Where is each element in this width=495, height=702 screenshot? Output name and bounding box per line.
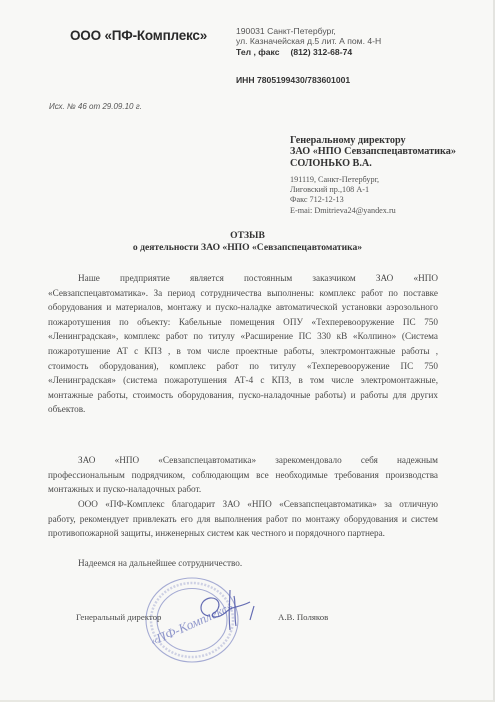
paragraph-4: Надеемся на дальнейшее сотрудничество. xyxy=(48,556,438,571)
document-title: ОТЗЫВ о деятельности ЗАО «НПО «Севзапспе… xyxy=(0,230,495,254)
recipient-email: E-mai: Dmitrieva24@yandex.ru xyxy=(290,206,396,216)
paragraph-line: противопожарной защиты, инженерных систе… xyxy=(48,526,438,541)
paragraph-1: Наше предприятие является постоянным зак… xyxy=(48,271,438,417)
sender-address-line1: 190031 Санкт-Петербург, xyxy=(236,26,381,36)
paragraph-line: оборудования и материалов, монтажу и пус… xyxy=(48,300,438,315)
recipient-block: Генеральному директору ЗАО «НПО Севзапсп… xyxy=(290,135,456,169)
recipient-organization: ЗАО «НПО Севзапспецавтоматика» xyxy=(290,146,456,157)
paragraph-line: пожаротушение АТ с КПЗ , в том числе про… xyxy=(48,344,438,359)
sender-address: 190031 Санкт-Петербург, ул. Казначейская… xyxy=(236,26,381,57)
paragraph-line: Надеемся на дальнейшее сотрудничество. xyxy=(48,556,438,571)
paragraph-line: профессиональным подрядчиком, соблюдающи… xyxy=(48,468,438,483)
paragraph-line: объектов. xyxy=(48,402,438,417)
recipient-address: 191119, Санкт-Петербург, Лиговский пр.,1… xyxy=(290,175,396,216)
sender-address-line2: ул. Казначейская д.5 лит. А пом. 4-Н xyxy=(236,36,381,46)
signatory-title: Генеральный директор xyxy=(76,612,161,622)
paragraph-line: пожаротушения по объекту: Кабельные поме… xyxy=(48,315,438,330)
recipient-fax: Факс 712-12-13 xyxy=(290,195,396,205)
paragraph-line: ЗАО «НПО «Севзапспецавтоматика» зарекоме… xyxy=(48,453,438,468)
title-heading: ОТЗЫВ xyxy=(0,230,495,242)
paragraph-line: Наше предприятие является постоянным зак… xyxy=(48,271,438,286)
paragraph-3: ООО «ПФ-Комплекс благодарит ЗАО «НПО «Се… xyxy=(48,497,438,541)
paragraph-line: работу, рекомендует привлекать его для в… xyxy=(48,512,438,527)
sender-phone-label: Тел , факс xyxy=(236,47,280,57)
title-subheading: о деятельности ЗАО «НПО «Севзапспецавтом… xyxy=(0,242,495,254)
sender-inn: ИНН 7805199430/783601001 xyxy=(236,75,350,85)
company-name: ООО «ПФ-Комплекс» xyxy=(70,28,207,43)
paragraph-line: «Ленинградская» (система пожаротушения А… xyxy=(48,373,438,388)
recipient-position: Генеральному директору xyxy=(290,135,456,146)
letter-page: ООО «ПФ-Комплекс» 190031 Санкт-Петербург… xyxy=(0,0,495,702)
sender-phone-value: (812) 312-68-74 xyxy=(291,47,353,57)
outgoing-reference: Исх. № 46 от 29.09.10 г. xyxy=(49,102,142,111)
signature-icon xyxy=(190,586,260,634)
recipient-name: СОЛОНЬКО В.А. xyxy=(290,158,456,169)
paragraph-line: монтажных и пуско-наладочных работ. xyxy=(48,482,438,497)
paragraph-line: «Ленинградская», комплекс работ по титул… xyxy=(48,329,438,344)
recipient-address-line1: 191119, Санкт-Петербург, xyxy=(290,175,396,185)
recipient-address-line2: Лиговский пр.,108 А-1 xyxy=(290,185,396,195)
sender-phone: Тел , факс(812) 312-68-74 xyxy=(236,47,381,57)
paragraph-line: ООО «ПФ-Комплекс благодарит ЗАО «НПО «Се… xyxy=(48,497,438,512)
paragraph-line: «Севзапспецавтоматика». За период сотруд… xyxy=(48,286,438,301)
signatory-name: А.В. Поляков xyxy=(278,612,328,622)
paragraph-line: монтажные работы, стоимость оборудования… xyxy=(48,388,438,403)
paragraph-2: ЗАО «НПО «Севзапспецавтоматика» зарекоме… xyxy=(48,453,438,497)
paragraph-line: стоимость оборудования), комплекс работ … xyxy=(48,359,438,374)
